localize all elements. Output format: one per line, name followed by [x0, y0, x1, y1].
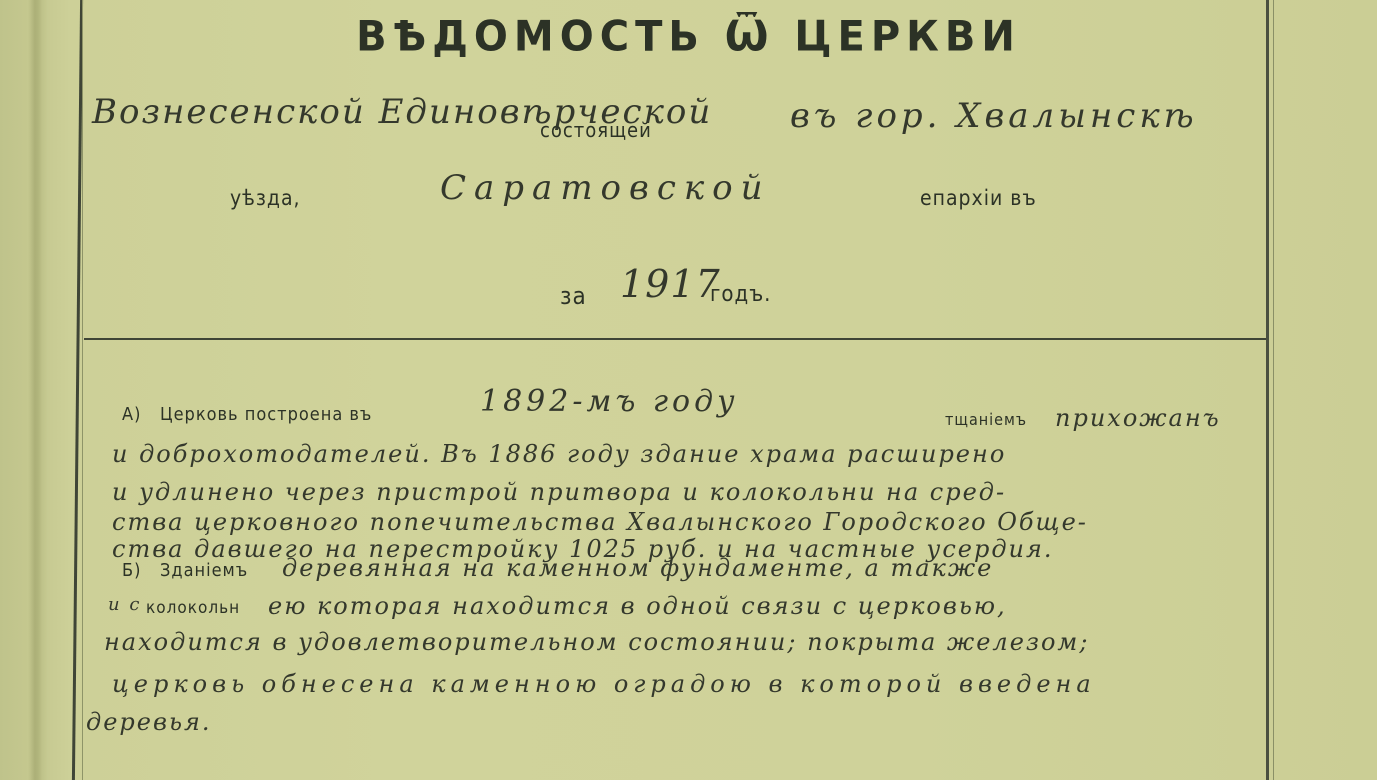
right-frame-border: [1266, 0, 1269, 780]
section-b-line3: находится в удовлетворительном состоянии…: [104, 628, 1089, 656]
town-handwritten: въ гор. Хвалынскѣ: [790, 96, 1198, 136]
right-frame-border-thin: [1273, 0, 1274, 780]
section-a-line1-end: прихожанъ: [1055, 404, 1221, 432]
section-b-line2: ею которая находится в одной связи с цер…: [268, 592, 1007, 620]
year-handwritten: 1917: [620, 262, 721, 306]
section-b-line2-prefix: и с: [108, 594, 141, 615]
year-prefix: за: [560, 282, 587, 310]
section-a-built-label: Церковь построена въ: [160, 404, 372, 425]
located-label: состоящей: [540, 118, 652, 142]
built-year-handwritten: 1892-мъ году: [480, 384, 739, 419]
left-frame-border-thin: [82, 0, 83, 780]
section-a-line3: и удлинено через пристрой притвора и кол…: [112, 478, 1006, 506]
page-fold-shadow: [28, 0, 42, 780]
diocese-handwritten: Саратовской: [440, 168, 771, 208]
section-b-marker: Б): [122, 560, 141, 581]
diocese-label: епархіи въ: [920, 186, 1037, 210]
section-a-marker: А): [122, 404, 141, 425]
section-b-line1: деревянная на каменном фундаменте, а так…: [282, 554, 993, 582]
section-a-zeal-label: тщаніемъ: [945, 410, 1027, 429]
section-a-line4: ства церковного попечительства Хвалынско…: [112, 508, 1088, 536]
section-b-building-label: Зданіемъ: [160, 560, 248, 581]
section-b-line4: церковь обнесена каменною оградою в кото…: [112, 670, 1096, 698]
section-b-line5: деревья.: [86, 708, 212, 736]
year-suffix: годъ.: [710, 282, 771, 307]
section-a-line2: и доброхотодателей. Въ 1886 году здание …: [112, 440, 1006, 468]
scanned-document-page: ВѢДОМОСТЬ Ѿ ЦЕРКВИ Вознесенской Единовѣр…: [0, 0, 1377, 780]
section-b-bell-label: колокольн: [146, 598, 240, 618]
document-title: ВѢДОМОСТЬ Ѿ ЦЕРКВИ: [0, 13, 1377, 61]
header-divider-line: [84, 338, 1266, 340]
uezd-label: уѣзда,: [230, 186, 301, 210]
